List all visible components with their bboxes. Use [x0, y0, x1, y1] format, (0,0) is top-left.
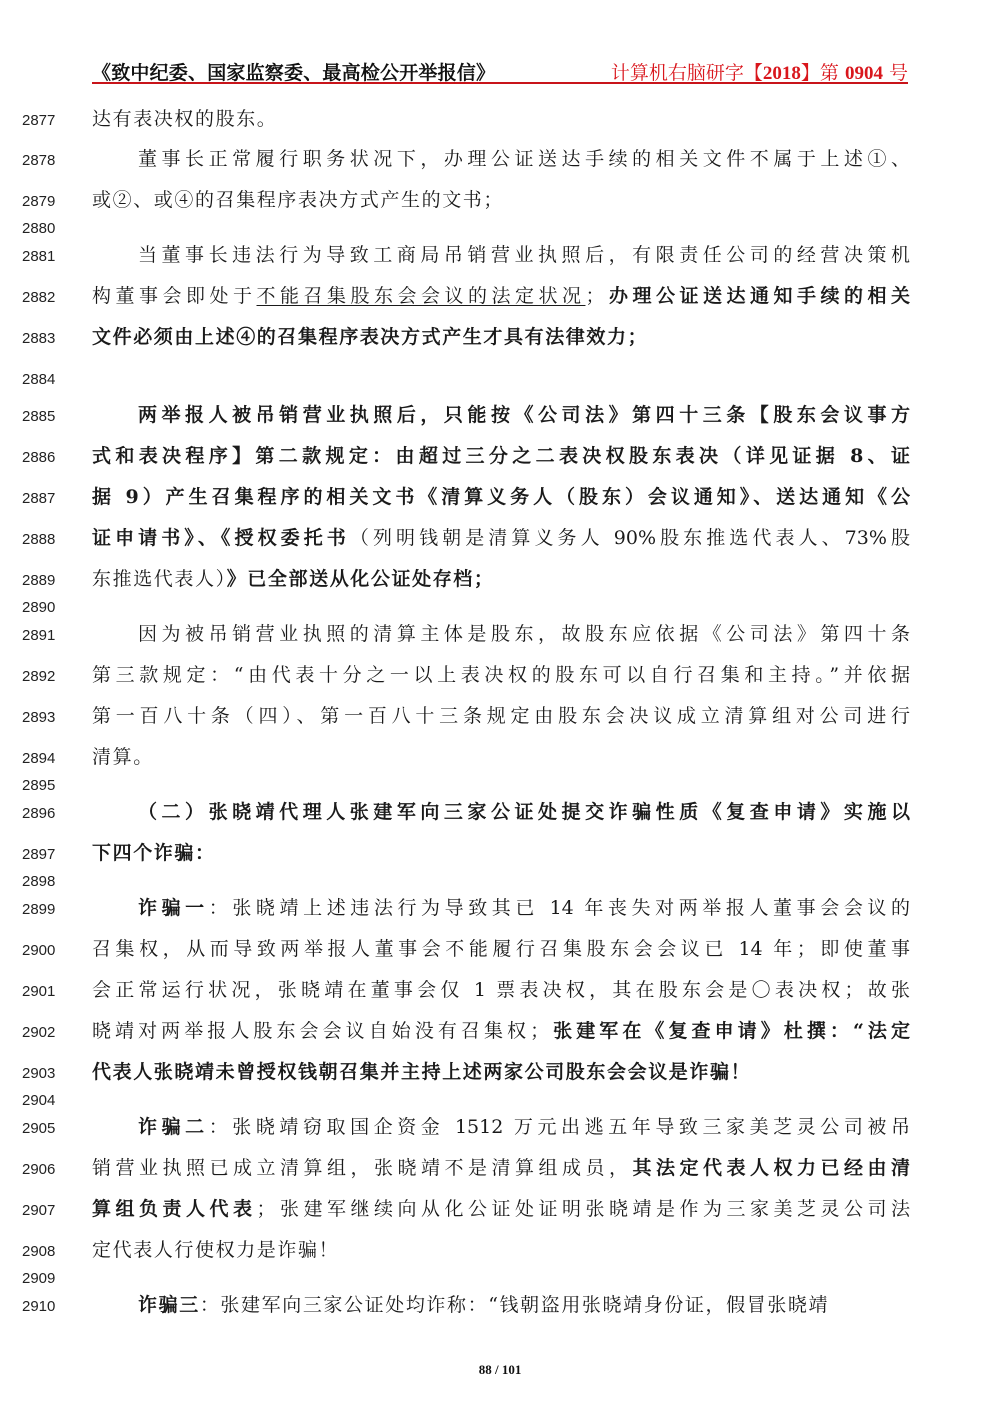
line-text: （二）张晓靖代理人张建军向三家公证处提交诈骗性质《复查申请》实施以	[92, 797, 910, 827]
document-line: 2901会正常运行状况，张晓靖在董事会仅 1 票表决权，其在股东会是〇表决权；故…	[0, 975, 1000, 1005]
document-line: 2906销营业执照已成立清算组，张晓靖不是清算组成员，其法定代表人权力已经由清	[0, 1153, 1000, 1183]
text-run: 当董事长违法行为导致工商局吊销营业执照后，有限责任公司的经营决策机	[138, 244, 910, 266]
bold-text: 》已全部送从化公证处存档；	[227, 568, 495, 590]
line-number: 2878	[22, 152, 64, 169]
document-line: 2882构董事会即处于不能召集股东会会议的法定状况；办理公证送达通知手续的相关	[0, 281, 1000, 311]
document-line: 2903代表人张晓靖未曾授权钱朝召集并主持上述两家公司股东会会议是诈骗！	[0, 1057, 1000, 1087]
line-number: 2895	[22, 777, 64, 794]
document-line: 2900召集权，从而导致两举报人董事会不能履行召集股东会会议已 14 年；即使董…	[0, 934, 1000, 964]
line-number: 2893	[22, 709, 64, 726]
document-line: 2880	[0, 212, 1000, 242]
bold-text: 算组负责人代表	[92, 1198, 257, 1220]
line-text: 式和表决程序】第二款规定：由超过三分之二表决权股东表决（详见证据 8、证	[92, 441, 910, 471]
total-pages: 101	[502, 1362, 522, 1377]
reference-suffix: 号	[883, 62, 908, 84]
line-number: 2888	[22, 531, 64, 548]
text-run: （列明钱朝是清算义务人 90%股东推选代表人、73%股	[350, 527, 910, 549]
line-number: 2897	[22, 846, 64, 863]
page-number: 88 / 101	[0, 1362, 1000, 1378]
line-text: 第三款规定：“由代表十分之一以上表决权的股东可以自行召集和主持。”并依据	[92, 660, 910, 690]
line-number: 2880	[22, 220, 64, 237]
bold-text: 代表人张晓靖未曾授权钱朝召集并主持上述两家公司股东会会议是诈骗！	[92, 1061, 751, 1083]
document-line: 2910诈骗三：张建军向三家公证处均诈称：“钱朝盗用张晓靖身份证，假冒张晓靖	[0, 1290, 1000, 1320]
document-line: 2883文件必须由上述④的召集程序表决方式产生才具有法律效力；	[0, 322, 1000, 352]
bold-text: 张建军在《复查申请》杜撰：“法定	[549, 1020, 910, 1042]
text-run: 东推选代表人）	[92, 568, 227, 590]
reference-mid: 】第	[801, 62, 845, 84]
bold-text: 诈骗一	[138, 897, 209, 919]
line-text: 算组负责人代表；张建军继续向从化公证处证明张晓靖是作为三家美芝灵公司法	[92, 1194, 910, 1224]
line-text: 东推选代表人）》已全部送从化公证处存档；	[92, 564, 910, 594]
line-number: 2887	[22, 490, 64, 507]
line-number: 2889	[22, 572, 64, 589]
header-divider	[92, 82, 908, 84]
line-text: 证申请书》、《授权委托书（列明钱朝是清算义务人 90%股东推选代表人、73%股	[92, 523, 910, 553]
line-number: 2908	[22, 1243, 64, 1260]
line-number: 2903	[22, 1065, 64, 1082]
line-number: 2905	[22, 1120, 64, 1137]
line-text: 文件必须由上述④的召集程序表决方式产生才具有法律效力；	[92, 322, 910, 352]
line-text: 晓靖对两举报人股东会会议自始没有召集权；张建军在《复查申请》杜撰：“法定	[92, 1016, 910, 1046]
document-line: 2908定代表人行使权力是诈骗！	[0, 1235, 1000, 1265]
page-separator: /	[492, 1362, 502, 1377]
line-text: 构董事会即处于不能召集股东会会议的法定状况；办理公证送达通知手续的相关	[92, 281, 910, 311]
document-line: 2895	[0, 769, 1000, 799]
line-text: 代表人张晓靖未曾授权钱朝召集并主持上述两家公司股东会会议是诈骗！	[92, 1057, 910, 1087]
line-text: 诈骗二：张晓靖窃取国企资金 1512 万元出逃五年导致三家美芝灵公司被吊	[92, 1112, 910, 1142]
line-text: 诈骗一：张晓靖上述违法行为导致其已 14 年丧失对两举报人董事会会议的	[92, 893, 910, 923]
document-line: 2887据 9）产生召集程序的相关文书《清算义务人（股东）会议通知》、送达通知《…	[0, 482, 1000, 512]
line-number: 2886	[22, 449, 64, 466]
line-number: 2883	[22, 330, 64, 347]
text-run: 董事长正常履行职务状况下，办理公证送达手续的相关文件不属于上述①、	[138, 148, 910, 170]
text-run: ；张建军继续向从化公证处证明张晓靖是作为三家美芝灵公司法	[257, 1198, 910, 1220]
text-run: 第三款规定：“由代表十分之一以上表决权的股东可以自行召集和主持。”并依据	[92, 664, 910, 686]
line-number: 2899	[22, 901, 64, 918]
underlined-text: 不能召集股东会会议的法定状况	[257, 285, 586, 307]
document-line: 2885两举报人被吊销营业执照后，只能按《公司法》第四十三条【股东会议事方	[0, 400, 1000, 430]
line-number: 2896	[22, 805, 64, 822]
reference-number: 0904	[845, 63, 883, 84]
document-line: 2878董事长正常履行职务状况下，办理公证送达手续的相关文件不属于上述①、	[0, 144, 1000, 174]
document-line: 2905诈骗二：张晓靖窃取国企资金 1512 万元出逃五年导致三家美芝灵公司被吊	[0, 1112, 1000, 1142]
document-line: 2890	[0, 591, 1000, 621]
bold-text: 据 9）产生召集程序的相关文书《清算义务人（股东）会议通知》、送达通知《公	[92, 486, 910, 508]
line-text: 当董事长违法行为导致工商局吊销营业执照后，有限责任公司的经营决策机	[92, 240, 910, 270]
line-text: 下四个诈骗：	[92, 838, 910, 868]
text-run: 召集权，从而导致两举报人董事会不能履行召集股东会会议已 14 年；即使董事	[92, 938, 910, 960]
line-text: 第一百八十条（四）、第一百八十三条规定由股东会决议成立清算组对公司进行	[92, 701, 910, 731]
line-text: 据 9）产生召集程序的相关文书《清算义务人（股东）会议通知》、送达通知《公	[92, 482, 910, 512]
bold-text: 办理公证送达通知手续的相关	[605, 285, 910, 307]
line-text: 会正常运行状况，张晓靖在董事会仅 1 票表决权，其在股东会是〇表决权；故张	[92, 975, 910, 1005]
current-page: 88	[479, 1362, 492, 1377]
document-line: 2899诈骗一：张晓靖上述违法行为导致其已 14 年丧失对两举报人董事会会议的	[0, 893, 1000, 923]
document-line: 2898	[0, 865, 1000, 895]
document-line: 2893第一百八十条（四）、第一百八十三条规定由股东会决议成立清算组对公司进行	[0, 701, 1000, 731]
bold-text: （二）张晓靖代理人张建军向三家公证处提交诈骗性质《复查申请》实施以	[138, 801, 910, 823]
line-number: 2894	[22, 750, 64, 767]
text-run: ：张晓靖窃取国企资金 1512 万元出逃五年导致三家美芝灵公司被吊	[209, 1116, 910, 1138]
line-number: 2909	[22, 1270, 64, 1287]
bold-text: 下四个诈骗：	[92, 842, 216, 864]
document-line: 2877达有表决权的股东。	[0, 104, 1000, 134]
line-number: 2900	[22, 942, 64, 959]
line-number: 2879	[22, 193, 64, 210]
line-text: 诈骗三：张建军向三家公证处均诈称：“钱朝盗用张晓靖身份证，假冒张晓靖	[92, 1290, 910, 1320]
document-line: 2897下四个诈骗：	[0, 838, 1000, 868]
bold-text: 诈骗二	[138, 1116, 209, 1138]
line-number: 2898	[22, 873, 64, 890]
document-line: 2884	[0, 363, 1000, 393]
line-number: 2881	[22, 248, 64, 265]
document-line: 2902晓靖对两举报人股东会会议自始没有召集权；张建军在《复查申请》杜撰：“法定	[0, 1016, 1000, 1046]
text-run: 第一百八十条（四）、第一百八十三条规定由股东会决议成立清算组对公司进行	[92, 705, 910, 727]
reference-year: 2018	[763, 63, 801, 84]
line-number: 2890	[22, 599, 64, 616]
line-number: 2891	[22, 627, 64, 644]
text-run: 销营业执照已成立清算组，张晓靖不是清算组成员，	[92, 1157, 632, 1179]
document-line: 2888证申请书》、《授权委托书（列明钱朝是清算义务人 90%股东推选代表人、7…	[0, 523, 1000, 553]
document-line: 2879或②、或④的召集程序表决方式产生的文书；	[0, 185, 1000, 215]
text-run: 因为被吊销营业执照的清算主体是股东，故股东应依据《公司法》第四十条	[138, 623, 910, 645]
document-line: 2889东推选代表人）》已全部送从化公证处存档；	[0, 564, 1000, 594]
bold-text: 证申请书》、《授权委托书	[92, 527, 350, 549]
line-text: 两举报人被吊销营业执照后，只能按《公司法》第四十三条【股东会议事方	[92, 400, 910, 430]
document-reference-number: 计算机右脑研字【2018】第 0904 号	[611, 58, 908, 85]
text-run: ：张晓靖上述违法行为导致其已 14 年丧失对两举报人董事会会议的	[209, 897, 910, 919]
line-number: 2907	[22, 1202, 64, 1219]
line-number: 2882	[22, 289, 64, 306]
text-run: 清算。	[92, 746, 154, 768]
bold-text: 其法定代表人权力已经由清	[632, 1157, 910, 1179]
text-run: 或②、或④的召集程序表决方式产生的文书；	[92, 189, 504, 211]
text-run: 会正常运行状况，张晓靖在董事会仅 1 票表决权，其在股东会是〇表决权；故张	[92, 979, 910, 1001]
document-line: 2886式和表决程序】第二款规定：由超过三分之二表决权股东表决（详见证据 8、证	[0, 441, 1000, 471]
line-number: 2884	[22, 371, 64, 388]
document-line: 2909	[0, 1262, 1000, 1292]
bold-text: 式和表决程序】第二款规定：由超过三分之二表决权股东表决（详见证据 8、证	[92, 445, 910, 467]
document-line: 2907算组负责人代表；张建军继续向从化公证处证明张晓靖是作为三家美芝灵公司法	[0, 1194, 1000, 1224]
document-line: 2891因为被吊销营业执照的清算主体是股东，故股东应依据《公司法》第四十条	[0, 619, 1000, 649]
line-text: 清算。	[92, 742, 910, 772]
line-text: 董事长正常履行职务状况下，办理公证送达手续的相关文件不属于上述①、	[92, 144, 910, 174]
reference-prefix: 计算机右脑研字【	[611, 62, 763, 84]
text-run: 定代表人行使权力是诈骗！	[92, 1239, 339, 1261]
text-run: ：张建军向三家公证处均诈称：“钱朝盗用张晓靖身份证，假冒张晓靖	[200, 1294, 829, 1316]
line-number: 2901	[22, 983, 64, 1000]
document-line: 2904	[0, 1084, 1000, 1114]
line-number: 2906	[22, 1161, 64, 1178]
document-title: 《致中纪委、国家监察委、最高检公开举报信》	[92, 58, 495, 85]
document-line: 2881当董事长违法行为导致工商局吊销营业执照后，有限责任公司的经营决策机	[0, 240, 1000, 270]
line-text: 召集权，从而导致两举报人董事会不能履行召集股东会会议已 14 年；即使董事	[92, 934, 910, 964]
document-line: 2896（二）张晓靖代理人张建军向三家公证处提交诈骗性质《复查申请》实施以	[0, 797, 1000, 827]
bold-text: 文件必须由上述④的召集程序表决方式产生才具有法律效力；	[92, 326, 648, 348]
line-text: 或②、或④的召集程序表决方式产生的文书；	[92, 185, 910, 215]
line-number: 2892	[22, 668, 64, 685]
document-line: 2892第三款规定：“由代表十分之一以上表决权的股东可以自行召集和主持。”并依据	[0, 660, 1000, 690]
line-number: 2877	[22, 112, 64, 129]
page-header: 《致中纪委、国家监察委、最高检公开举报信》 计算机右脑研字【2018】第 090…	[92, 58, 908, 84]
text-run: ；	[585, 285, 604, 307]
document-line: 2894清算。	[0, 742, 1000, 772]
bold-text: 两举报人被吊销营业执照后，只能按《公司法》第四十三条【股东会议事方	[138, 404, 910, 426]
line-number: 2910	[22, 1298, 64, 1315]
line-text: 达有表决权的股东。	[92, 104, 910, 134]
line-text: 定代表人行使权力是诈骗！	[92, 1235, 910, 1265]
line-text: 因为被吊销营业执照的清算主体是股东，故股东应依据《公司法》第四十条	[92, 619, 910, 649]
line-number: 2885	[22, 408, 64, 425]
text-run: 构董事会即处于	[92, 285, 257, 307]
text-run: 达有表决权的股东。	[92, 108, 277, 130]
line-text: 销营业执照已成立清算组，张晓靖不是清算组成员，其法定代表人权力已经由清	[92, 1153, 910, 1183]
line-number: 2904	[22, 1092, 64, 1109]
bold-text: 诈骗三	[138, 1294, 200, 1316]
text-run: 晓靖对两举报人股东会会议自始没有召集权；	[92, 1020, 549, 1042]
line-number: 2902	[22, 1024, 64, 1041]
